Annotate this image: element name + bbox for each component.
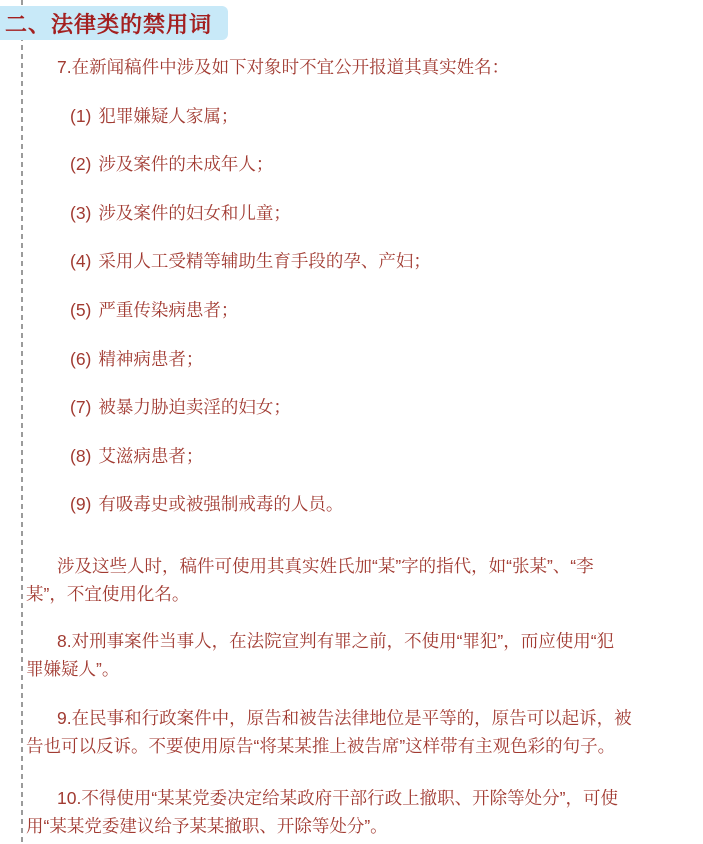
list-item-text: 犯罪嫌疑人家属； — [98, 106, 238, 126]
list-item-text: 严重传染病患者； — [98, 300, 238, 320]
section-header: 二、法律类的禁用词 — [0, 6, 228, 40]
list-item-number: (6) — [70, 349, 91, 369]
list-item-9: (9)有吸毒史或被强制戒毒的人员。 — [26, 490, 688, 518]
document-body: 7.在新闻稿件中涉及如下对象时不宜公开报道其真实姓名： (1)犯罪嫌疑人家属； … — [26, 53, 688, 840]
list-item-8: (8)艾滋病患者； — [26, 442, 688, 470]
paragraph-line: 告也可以反诉。不要使用原告“将某某推上被告席”这样带有主观色彩的句子。 — [26, 732, 688, 760]
list-item-text: 有吸毒史或被强制戒毒的人员。 — [98, 494, 343, 514]
paragraph-naming-rule: 涉及这些人时，稿件可使用其真实姓氏加“某”字的指代，如“张某”、“李 某”，不宜… — [26, 552, 688, 608]
section-title: 二、法律类的禁用词 — [5, 8, 212, 39]
list-item-number: (1) — [70, 106, 91, 126]
list-item-number: (8) — [70, 446, 91, 466]
list-item-number: (9) — [70, 494, 91, 514]
list-item-text: 精神病患者； — [98, 349, 203, 369]
paragraph-line: 罪嫌疑人”。 — [26, 655, 688, 683]
list-item-4: (4)采用人工受精等辅助生育手段的孕、产妇； — [26, 247, 688, 275]
vertical-dashed-line — [21, 0, 23, 844]
paragraph-line: 10.不得使用“某某党委决定给某政府干部行政上撤职、开除等处分”，可使 — [26, 784, 688, 812]
paragraph-civil-case-rule: 9.在民事和行政案件中，原告和被告法律地位是平等的，原告可以起诉，被 告也可以反… — [26, 704, 688, 760]
list-item-text: 艾滋病患者； — [98, 446, 203, 466]
paragraph-line: 某”，不宜使用化名。 — [26, 580, 688, 608]
list-item-7: (7)被暴力胁迫卖淫的妇女； — [26, 393, 688, 421]
list-item-number: (7) — [70, 397, 91, 417]
list-item-number: (2) — [70, 154, 91, 174]
list-item-2: (2)涉及案件的未成年人； — [26, 150, 688, 178]
intro-paragraph: 7.在新闻稿件中涉及如下对象时不宜公开报道其真实姓名： — [26, 53, 688, 81]
list-item-6: (6)精神病患者； — [26, 345, 688, 373]
list-item-number: (4) — [70, 251, 91, 271]
list-item-1: (1)犯罪嫌疑人家属； — [26, 102, 688, 130]
paragraph-line: 用“某某党委建议给予某某撤职、开除等处分”。 — [26, 812, 688, 840]
list-item-3: (3)涉及案件的妇女和儿童； — [26, 199, 688, 227]
paragraph-line: 8.对刑事案件当事人，在法院宣判有罪之前，不使用“罪犯”，而应使用“犯 — [26, 627, 688, 655]
list-item-text: 涉及案件的未成年人； — [98, 154, 273, 174]
list-item-5: (5)严重传染病患者； — [26, 296, 688, 324]
list-item-number: (3) — [70, 203, 91, 223]
paragraph-line: 涉及这些人时，稿件可使用其真实姓氏加“某”字的指代，如“张某”、“李 — [26, 552, 688, 580]
list-item-text: 涉及案件的妇女和儿童； — [98, 203, 291, 223]
list-item-text: 被暴力胁迫卖淫的妇女； — [98, 397, 291, 417]
list-item-text: 采用人工受精等辅助生育手段的孕、产妇； — [98, 251, 431, 271]
paragraph-line: 9.在民事和行政案件中，原告和被告法律地位是平等的，原告可以起诉，被 — [26, 704, 688, 732]
paragraph-party-committee-rule: 10.不得使用“某某党委决定给某政府干部行政上撤职、开除等处分”，可使 用“某某… — [26, 784, 688, 840]
list-item-number: (5) — [70, 300, 91, 320]
paragraph-criminal-suspect-rule: 8.对刑事案件当事人，在法院宣判有罪之前，不使用“罪犯”，而应使用“犯 罪嫌疑人… — [26, 627, 688, 683]
